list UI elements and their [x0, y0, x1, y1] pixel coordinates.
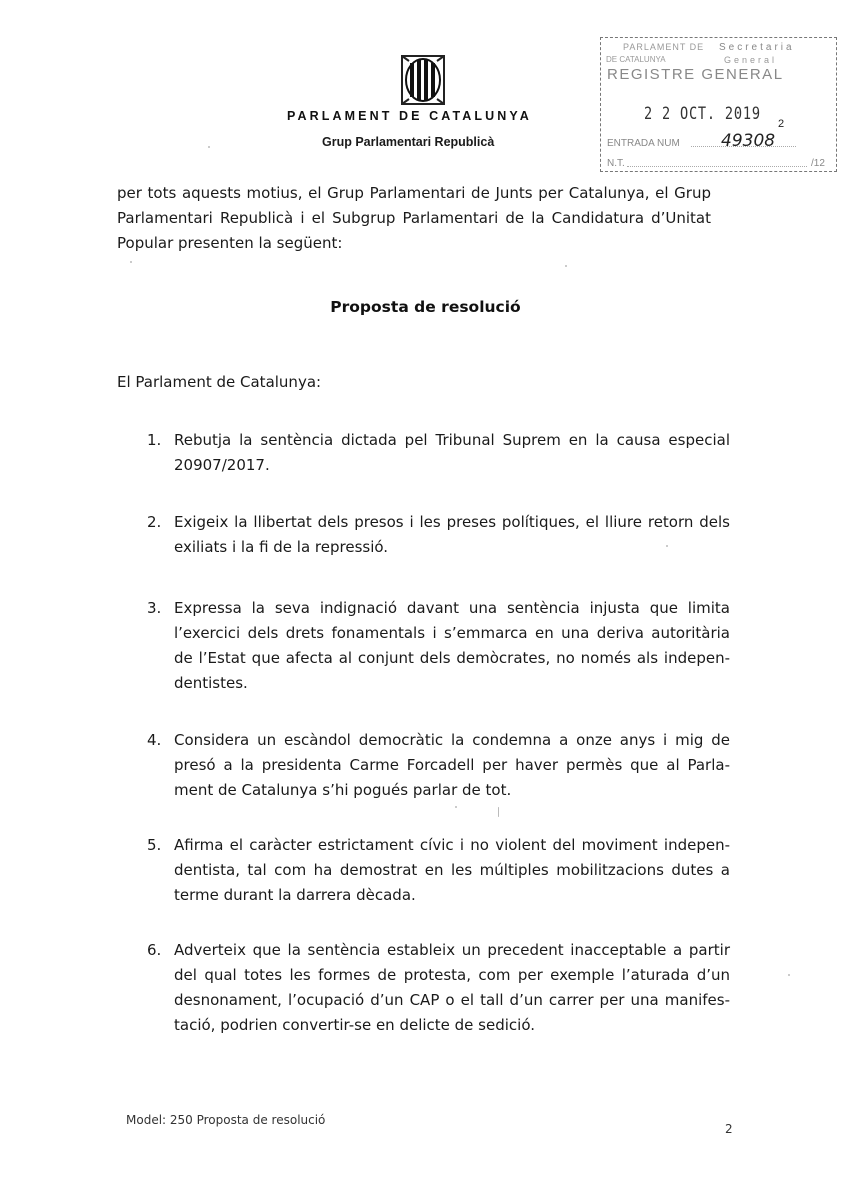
item-line: Afirma el caràcter estrictament cívic i … [174, 833, 730, 858]
stamp-nt-value: /12 [811, 158, 825, 169]
parlament-emblem-icon [401, 55, 445, 105]
page-number: 2 [725, 1122, 733, 1136]
item-line: desnonament, l’ocupació d’un CAP o el ta… [174, 988, 730, 1013]
intro-paragraph: per tots aquests motius, el Grup Parlame… [117, 181, 711, 256]
intro-line: Parlamentari Republicà i el Subgrup Parl… [117, 206, 711, 231]
document-title: Proposta de resolució [0, 298, 851, 316]
item-line: Expressa la seva indignació davant una s… [174, 596, 730, 621]
item-number: 3. [147, 596, 171, 621]
item-number: 4. [147, 728, 171, 753]
scan-speck [788, 974, 790, 976]
item-line: presó a la presidenta Carme Forcadell pe… [174, 753, 730, 778]
stamp-dotted-line [627, 166, 807, 167]
item-number: 6. [147, 938, 171, 963]
parliamentary-group-name: Grup Parlamentari Republicà [322, 135, 494, 149]
item-line: Adverteix que la sentència estableix un … [174, 938, 730, 963]
stamp-title: REGISTRE GENERAL [607, 66, 784, 83]
intro-line: per tots aquests motius, el Grup Parlame… [117, 181, 711, 206]
item-line: Exigeix la llibertat dels presos i les p… [174, 510, 730, 535]
stamp-entrada-number: 49308 [721, 131, 775, 151]
item-line: de l’Estat que afecta al conjunt dels de… [174, 646, 730, 671]
item-number: 2. [147, 510, 171, 535]
scan-speck [130, 261, 132, 263]
intro-line: Popular presenten la següent: [117, 231, 711, 256]
scan-speck [208, 146, 210, 148]
item-line: tació, podrien convertir-se en delicte d… [174, 1013, 730, 1038]
scan-speck [565, 265, 567, 267]
item-line: 20907/2017. [174, 453, 730, 478]
footer-model-label: Model: 250 Proposta de resolució [126, 1113, 325, 1127]
stamp-line1-right: Secretaria [719, 42, 795, 53]
registry-stamp: PARLAMENT DE Secretaria DE CATALUNYA Gen… [600, 37, 837, 172]
item-line: exiliats i la fi de la repressió. [174, 535, 730, 560]
scan-speck [455, 806, 457, 808]
stamp-date: 2 2 OCT. 2019 [644, 104, 761, 124]
item-number: 1. [147, 428, 171, 453]
stamp-entrada-superscript: 2 [778, 118, 784, 130]
stamp-line2-left: DE CATALUNYA [606, 55, 666, 64]
item-line: dentista, tal com ha demostrat en les mú… [174, 858, 730, 883]
preamble: El Parlament de Catalunya: [117, 370, 321, 395]
stamp-line1-left: PARLAMENT DE [623, 42, 704, 52]
item-number: 5. [147, 833, 171, 858]
item-line: ment de Catalunya s’hi pogués parlar de … [174, 778, 730, 803]
item-line: dentistes. [174, 671, 730, 696]
item-line: Considera un escàndol democràtic la cond… [174, 728, 730, 753]
scan-speck [498, 807, 499, 817]
item-line: Rebutja la sentència dictada pel Tribuna… [174, 428, 730, 453]
item-line: del qual totes les formes de protesta, c… [174, 963, 730, 988]
stamp-line2-right: General [724, 55, 777, 65]
item-line: terme durant la darrera dècada. [174, 883, 730, 908]
item-line: l’exercici dels drets fonamentals i s’em… [174, 621, 730, 646]
stamp-nt-label: N.T. [607, 158, 625, 169]
scan-speck [666, 545, 668, 547]
organization-name: PARLAMENT DE CATALUNYA [287, 109, 562, 123]
stamp-entrada-label: ENTRADA NUM [607, 138, 680, 149]
